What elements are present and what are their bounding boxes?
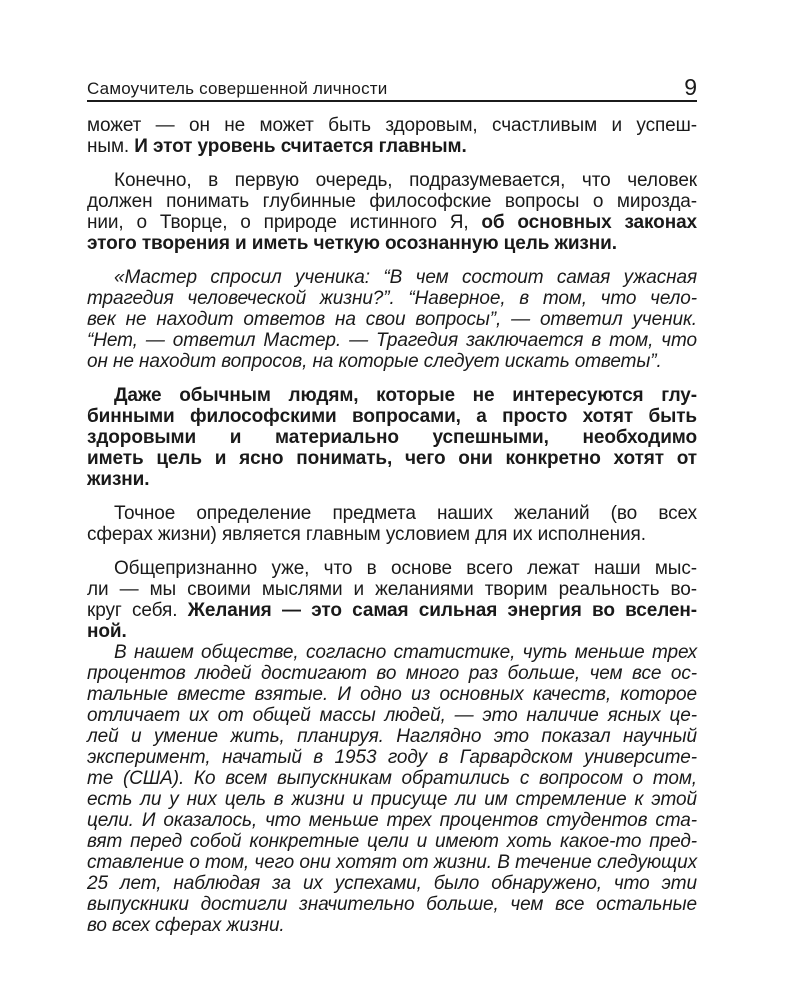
text-run: должен понимать глубинные философские во…	[87, 191, 697, 212]
text-line: Конечно, в первую очередь, подразумевает…	[87, 170, 697, 191]
text-line: есть ли у них цель в жизни и присуще ли …	[87, 789, 697, 810]
text-line: эксперимент, начатый в 1953 году в Гарва…	[87, 747, 697, 768]
text-line: тальные вместе взятые. И одно из основны…	[87, 684, 697, 705]
text-line: трагедия человеческой жизни?”. “Наверное…	[87, 288, 697, 309]
text-line: бинными философскими вопросами, а просто…	[87, 406, 697, 427]
text-line: век не находит ответов на свои вопросы”,…	[87, 309, 697, 330]
text-line: цели. И оказалось, что меньше трех проце…	[87, 810, 697, 831]
text-line: круг себя. Желания — это самая сильная э…	[87, 600, 697, 621]
text-run: процентов людей достигают во много раз б…	[87, 663, 697, 684]
text-run: ставление о том, чего они хотят от жизни…	[87, 852, 697, 873]
text-line: ным. И этот уровень считается главным.	[87, 136, 697, 157]
text-run: эксперимент, начатый в 1953 году в Гарва…	[87, 747, 697, 768]
text-run: жизни.	[87, 469, 149, 490]
text-run: тальные вместе взятые. И одно из основны…	[87, 684, 697, 705]
text-run: те (США). Ко всем выпускникам обратились…	[87, 768, 697, 789]
text-line: “Нет, — ответил Мастер. — Трагедия заклю…	[87, 330, 697, 351]
text-run: круг себя.	[87, 600, 188, 621]
text-line: процентов людей достигают во много раз б…	[87, 663, 697, 684]
text-run: об основных законах	[481, 212, 697, 233]
text-run: во всех сферах жизни.	[87, 915, 285, 936]
text-run: Общепризнанно уже, что в основе всего ле…	[114, 558, 697, 579]
text-run: трагедия человеческой жизни?”. “Наверное…	[87, 288, 697, 309]
text-run: вят перед собой конкретные цели и имеют …	[87, 831, 697, 852]
text-run: он не находит вопросов, на которые следу…	[87, 351, 662, 372]
running-title: Самоучитель совершенной личности	[87, 80, 387, 99]
text-line: лей и умение жить, планируя. Наглядно эт…	[87, 726, 697, 747]
text-run: «Мастер спросил ученика: “В чем состоит …	[114, 267, 697, 288]
page-header: Самоучитель совершенной личности 9	[87, 76, 697, 103]
text-line: В нашем обществе, согласно статистике, ч…	[87, 642, 697, 663]
page-number: 9	[684, 76, 697, 99]
text-run: Даже обычным людям, которые не интересую…	[114, 385, 697, 406]
text-line: он не находит вопросов, на которые следу…	[87, 351, 697, 372]
text-run: век не находит ответов на свои вопросы”,…	[87, 309, 697, 330]
text-run: может — он не может быть здоровым, счаст…	[87, 115, 697, 136]
text-line: ной.	[87, 621, 697, 642]
text-run: В нашем обществе, согласно статистике, ч…	[114, 642, 697, 663]
text-run: 25 лет, наблюдая за их успехами, было об…	[87, 873, 697, 894]
text-run: “Нет, — ответил Мастер. — Трагедия заклю…	[87, 330, 697, 351]
text-line: во всех сферах жизни.	[87, 915, 697, 936]
text-run: выпускники достигли значительно больше, …	[87, 894, 697, 915]
text-line: Точное определение предмета наших желани…	[87, 503, 697, 524]
text-line: нии, о Творце, о природе истинного Я, об…	[87, 212, 697, 233]
text-run: есть ли у них цель в жизни и присуще ли …	[87, 789, 697, 810]
text-line: иметь цель и ясно понимать, чего они кон…	[87, 448, 697, 469]
text-run: ли — мы своими мыслями и желаниями твори…	[87, 579, 697, 600]
text-line: вят перед собой конкретные цели и имеют …	[87, 831, 697, 852]
text-line: ставление о том, чего они хотят от жизни…	[87, 852, 697, 873]
text-line: ли — мы своими мыслями и желаниями твори…	[87, 579, 697, 600]
text-run: И этот уровень считается главным.	[134, 136, 466, 157]
text-run: сферах жизни) является главным условием …	[87, 524, 646, 545]
text-line: должен понимать глубинные философские во…	[87, 191, 697, 212]
paragraph: Точное определение предмета наших желани…	[87, 503, 697, 545]
text-run: здоровыми и материально успешными, необх…	[87, 427, 697, 448]
text-line: сферах жизни) является главным условием …	[87, 524, 697, 545]
page-body: может — он не может быть здоровым, счаст…	[87, 115, 697, 936]
text-run: ной.	[87, 621, 127, 642]
book-page: Самоучитель совершенной личности 9 может…	[0, 0, 800, 1000]
paragraph: «Мастер спросил ученика: “В чем состоит …	[87, 267, 697, 372]
text-line: «Мастер спросил ученика: “В чем состоит …	[87, 267, 697, 288]
text-line: жизни.	[87, 469, 697, 490]
paragraph: Конечно, в первую очередь, подразумевает…	[87, 170, 697, 254]
text-line: 25 лет, наблюдая за их успехами, было об…	[87, 873, 697, 894]
text-line: выпускники достигли значительно больше, …	[87, 894, 697, 915]
text-run: Точное определение предмета наших желани…	[114, 503, 697, 524]
text-line: этого творения и иметь четкую осознанную…	[87, 233, 697, 254]
paragraph: может — он не может быть здоровым, счаст…	[87, 115, 697, 157]
text-run: нии, о Творце, о природе истинного Я,	[87, 212, 481, 233]
text-run: ным.	[87, 136, 134, 157]
text-line: Общепризнанно уже, что в основе всего ле…	[87, 558, 697, 579]
paragraph: Общепризнанно уже, что в основе всего ле…	[87, 558, 697, 642]
text-line: Даже обычным людям, которые не интересую…	[87, 385, 697, 406]
header-rule	[87, 100, 697, 102]
text-run: этого творения и иметь четкую осознанную…	[87, 233, 617, 254]
text-run: иметь цель и ясно понимать, чего они кон…	[87, 448, 697, 469]
text-run: Желания — это самая сильная энергия во в…	[188, 600, 697, 621]
text-line: здоровыми и материально успешными, необх…	[87, 427, 697, 448]
paragraph: В нашем обществе, согласно статистике, ч…	[87, 642, 697, 936]
text-line: те (США). Ко всем выпускникам обратились…	[87, 768, 697, 789]
paragraph: Даже обычным людям, которые не интересую…	[87, 385, 697, 490]
text-line: отличает их от общей массы людей, — это …	[87, 705, 697, 726]
text-run: бинными философскими вопросами, а просто…	[87, 406, 697, 427]
text-line: может — он не может быть здоровым, счаст…	[87, 115, 697, 136]
text-run: цели. И оказалось, что меньше трех проце…	[87, 810, 697, 831]
text-run: отличает их от общей массы людей, — это …	[87, 705, 697, 726]
text-run: лей и умение жить, планируя. Наглядно эт…	[87, 726, 697, 747]
text-run: Конечно, в первую очередь, подразумевает…	[114, 170, 697, 191]
